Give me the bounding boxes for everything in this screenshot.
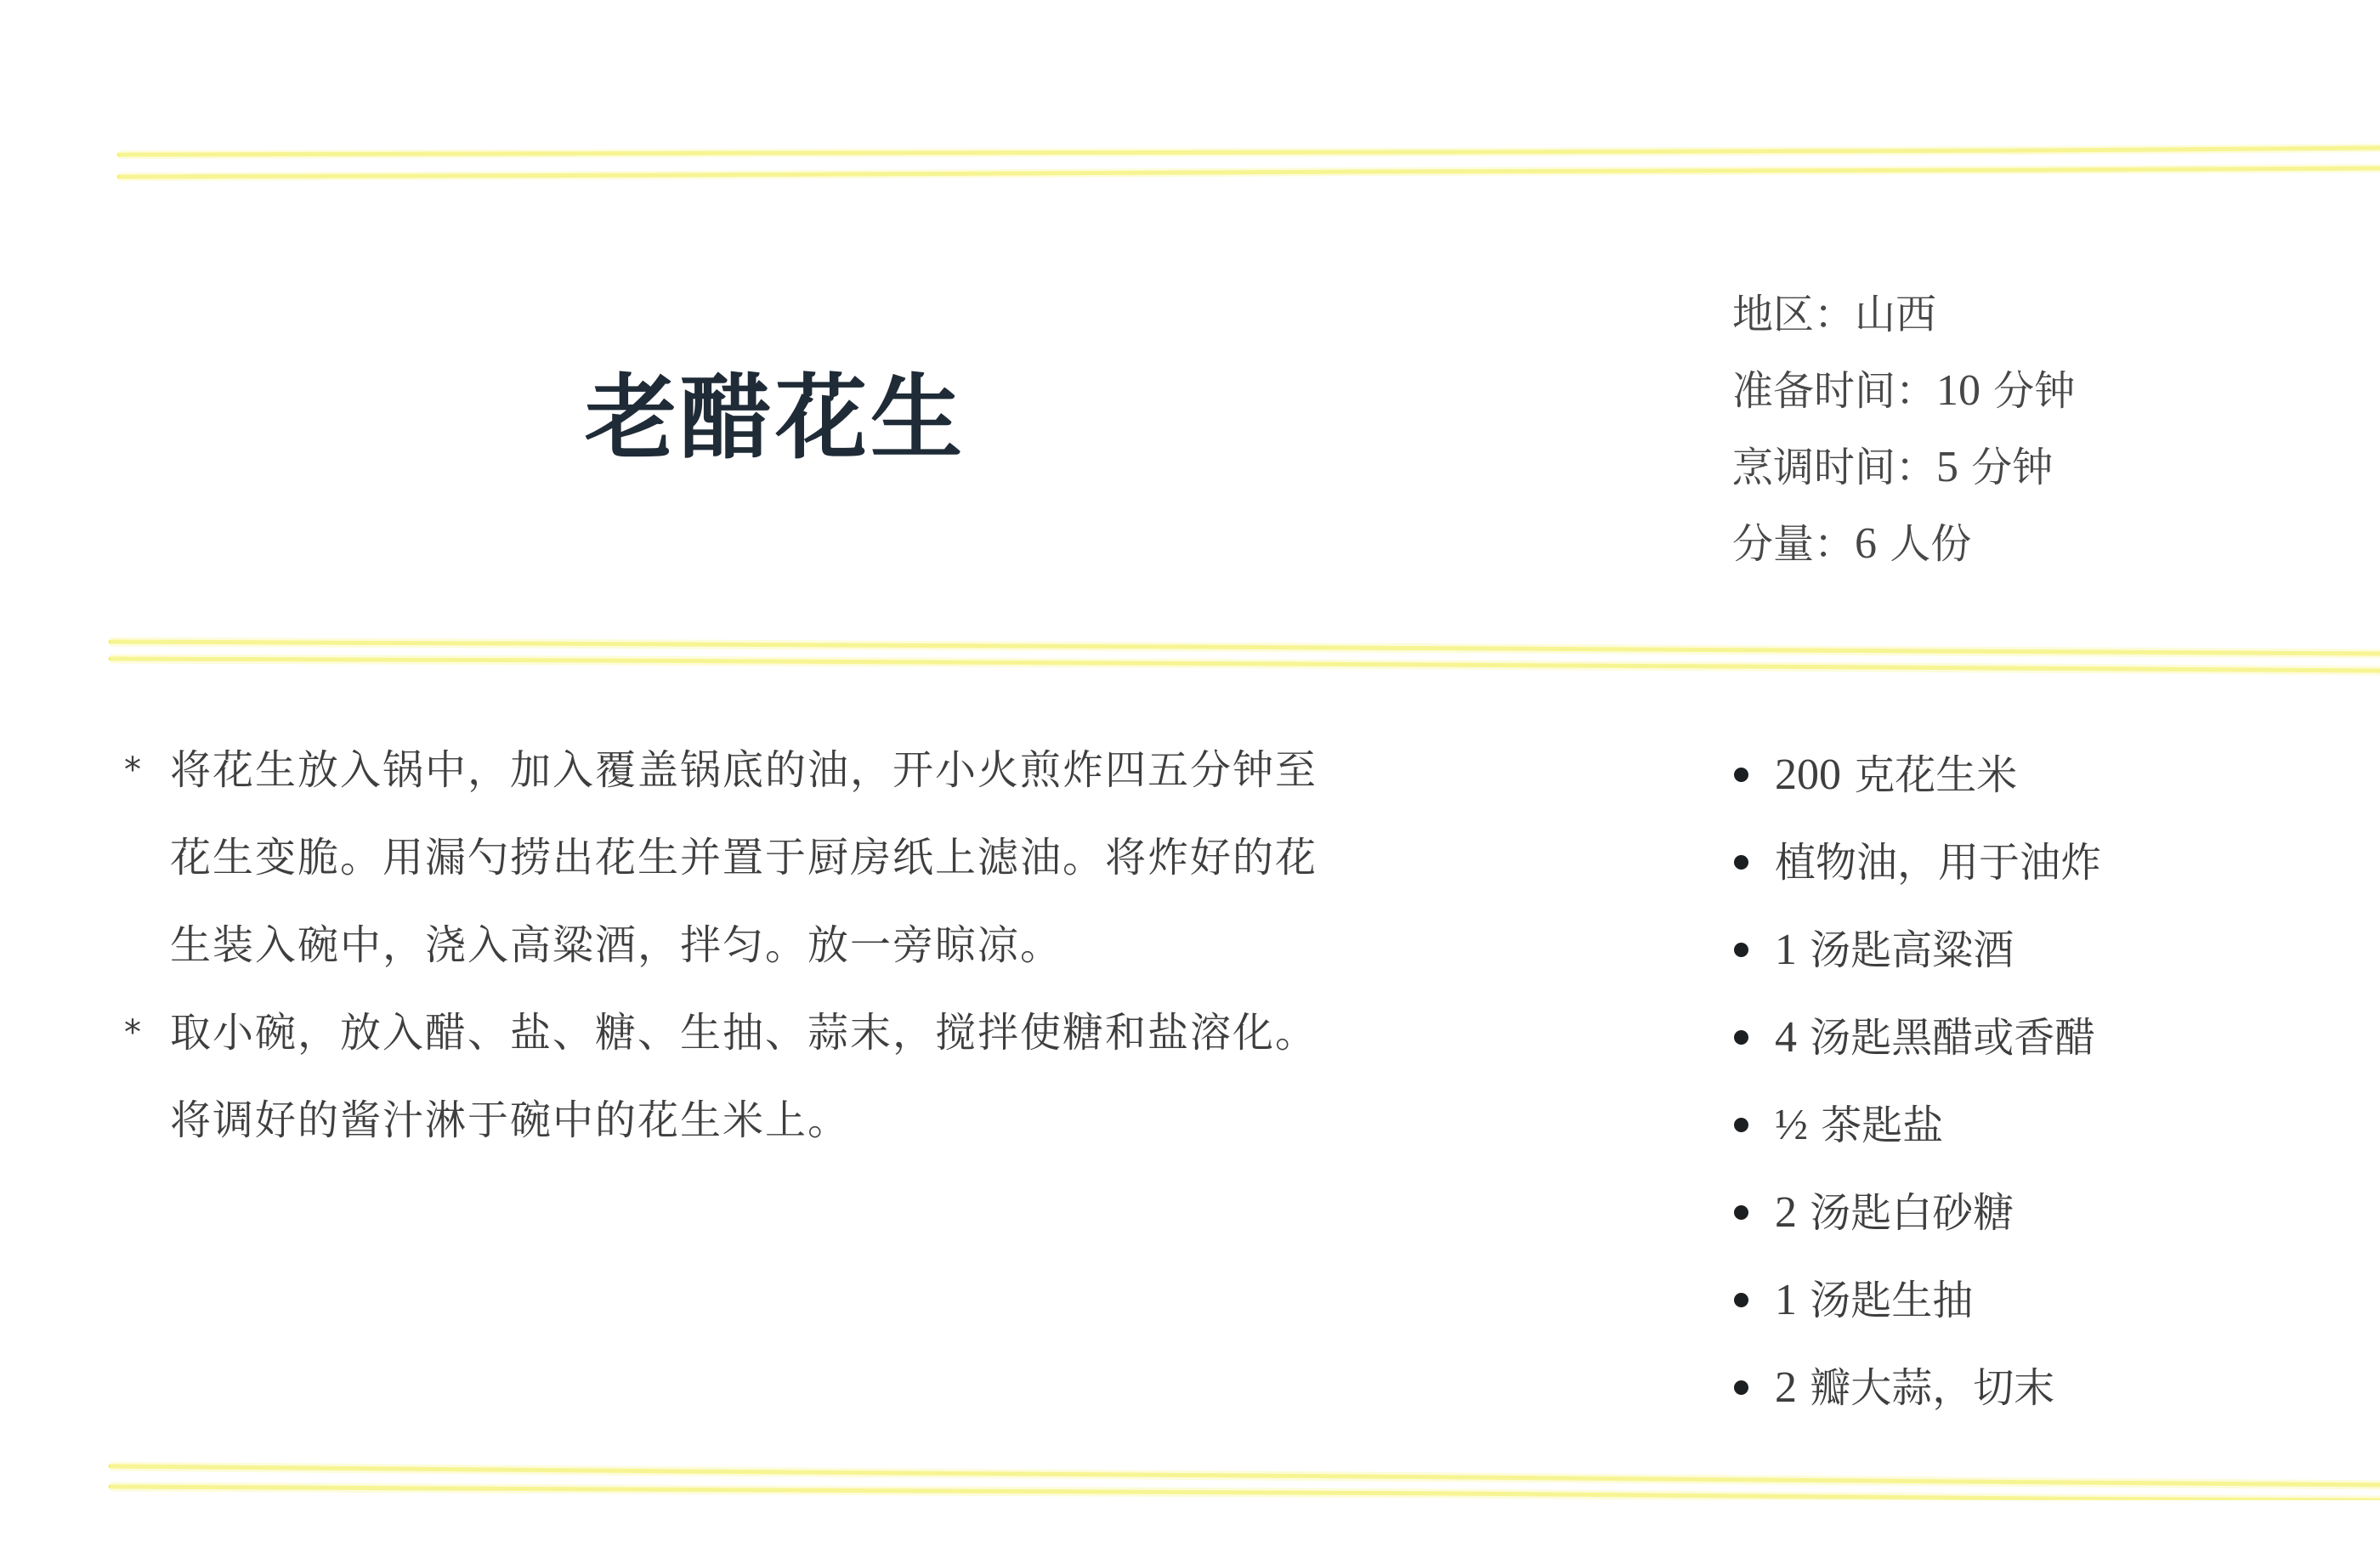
- ingredient-text: 汤匙生抽: [1797, 1277, 1973, 1324]
- decorative-rule-icon: [0, 625, 2380, 676]
- step-line: 将调好的酱汁淋于碗中的花生米上。: [170, 1077, 1445, 1164]
- ingredient-text: 茶匙盐: [1808, 1102, 1943, 1149]
- top-double-rule: [0, 136, 2380, 187]
- ingredient-item: ½ 茶匙盐: [1725, 1081, 2101, 1169]
- ingredient-list: 200 克花生米 植物油，用于油炸 1 汤匙高粱酒 4 汤匙黑醋或香醋 ½ 茶匙…: [1725, 731, 2101, 1431]
- meta-prep-time-label: 准备时间：: [1732, 367, 1936, 415]
- meta-prep-time: 准备时间：10 分钟: [1732, 353, 2075, 429]
- bullet-icon: [1734, 768, 1748, 782]
- ingredient-item: 1 汤匙高粱酒: [1725, 906, 2101, 994]
- ingredient-qty: 2: [1775, 1363, 1797, 1412]
- ingredient-text: 瓣大蒜，切末: [1797, 1364, 2054, 1412]
- meta-prep-time-unit: 分钟: [1980, 367, 2075, 415]
- ingredient-qty: ½: [1775, 1101, 1808, 1149]
- ingredient-qty: 2: [1775, 1188, 1797, 1237]
- decorative-rule-icon: [0, 136, 2380, 187]
- bullet-icon: [1734, 855, 1748, 870]
- decorative-rule-icon: [0, 1449, 2380, 1500]
- meta-servings-value: 6: [1855, 519, 1877, 568]
- middle-double-rule: [0, 625, 2380, 676]
- ingredient-qty: 1: [1775, 926, 1797, 974]
- recipe-steps: * 将花生放入锅中，加入覆盖锅底的油，开小火煎炸四五分钟至 花生变脆。用漏勺捞出…: [119, 727, 1445, 1164]
- step-line: 花生变脆。用漏勺捞出花生并置于厨房纸上滤油。将炸好的花: [170, 814, 1445, 902]
- asterisk-bullet-icon: *: [124, 727, 143, 814]
- meta-prep-time-value: 10: [1936, 366, 1980, 415]
- meta-region: 地区：山西: [1732, 276, 2075, 353]
- ingredient-item: 1 汤匙生抽: [1725, 1256, 2101, 1344]
- meta-region-label: 地区：: [1732, 291, 1855, 338]
- ingredient-item: 4 汤匙黑醋或香醋: [1725, 994, 2101, 1081]
- step-line: 取小碗，放入醋、盐、糖、生抽、蒜末，搅拌使糖和盐溶化。: [170, 989, 1445, 1077]
- ingredient-item: 2 瓣大蒜，切末: [1725, 1344, 2101, 1431]
- step-line: 将花生放入锅中，加入覆盖锅底的油，开小火煎炸四五分钟至: [170, 727, 1445, 814]
- meta-cook-time: 烹调时间：5 分钟: [1732, 429, 2075, 506]
- ingredient-text: 汤匙高粱酒: [1797, 926, 2014, 974]
- ingredient-text: 汤匙黑醋或香醋: [1797, 1014, 2095, 1062]
- meta-servings: 分量：6 人份: [1732, 506, 2075, 582]
- ingredient-text: 克花生米: [1841, 751, 2017, 799]
- bullet-icon: [1734, 943, 1748, 957]
- meta-servings-unit: 人份: [1877, 520, 1971, 568]
- ingredient-item: 植物油，用于油炸: [1725, 819, 2101, 906]
- bullet-icon: [1734, 1030, 1748, 1045]
- bullet-icon: [1734, 1380, 1748, 1395]
- meta-cook-time-label: 烹调时间：: [1732, 444, 1936, 491]
- step-line: 生装入碗中，浇入高粱酒，拌匀。放一旁晾凉。: [170, 902, 1445, 989]
- ingredient-qty: 1: [1775, 1276, 1797, 1324]
- ingredient-item: 2 汤匙白砂糖: [1725, 1169, 2101, 1256]
- ingredient-qty: 200: [1775, 751, 1841, 799]
- ingredient-text: 植物油，用于油炸: [1775, 839, 2101, 887]
- recipe-step: * 将花生放入锅中，加入覆盖锅底的油，开小火煎炸四五分钟至 花生变脆。用漏勺捞出…: [119, 727, 1445, 989]
- recipe-meta: 地区：山西 准备时间：10 分钟 烹调时间：5 分钟 分量：6 人份: [1732, 276, 2075, 582]
- meta-region-value: 山西: [1855, 291, 1936, 338]
- ingredient-qty: 4: [1775, 1013, 1797, 1062]
- meta-servings-label: 分量：: [1732, 520, 1855, 568]
- meta-cook-time-value: 5: [1936, 443, 1958, 491]
- bullet-icon: [1734, 1205, 1748, 1220]
- meta-cook-time-unit: 分钟: [1958, 444, 2053, 491]
- recipe-title: 老醋花生: [585, 364, 966, 474]
- ingredient-item: 200 克花生米: [1725, 731, 2101, 819]
- bottom-double-rule: [0, 1449, 2380, 1500]
- ingredient-text: 汤匙白砂糖: [1797, 1189, 2014, 1237]
- recipe-step: * 取小碗，放入醋、盐、糖、生抽、蒜末，搅拌使糖和盐溶化。 将调好的酱汁淋于碗中…: [119, 989, 1445, 1164]
- asterisk-bullet-icon: *: [124, 989, 143, 1077]
- bullet-icon: [1734, 1293, 1748, 1307]
- bullet-icon: [1734, 1118, 1748, 1132]
